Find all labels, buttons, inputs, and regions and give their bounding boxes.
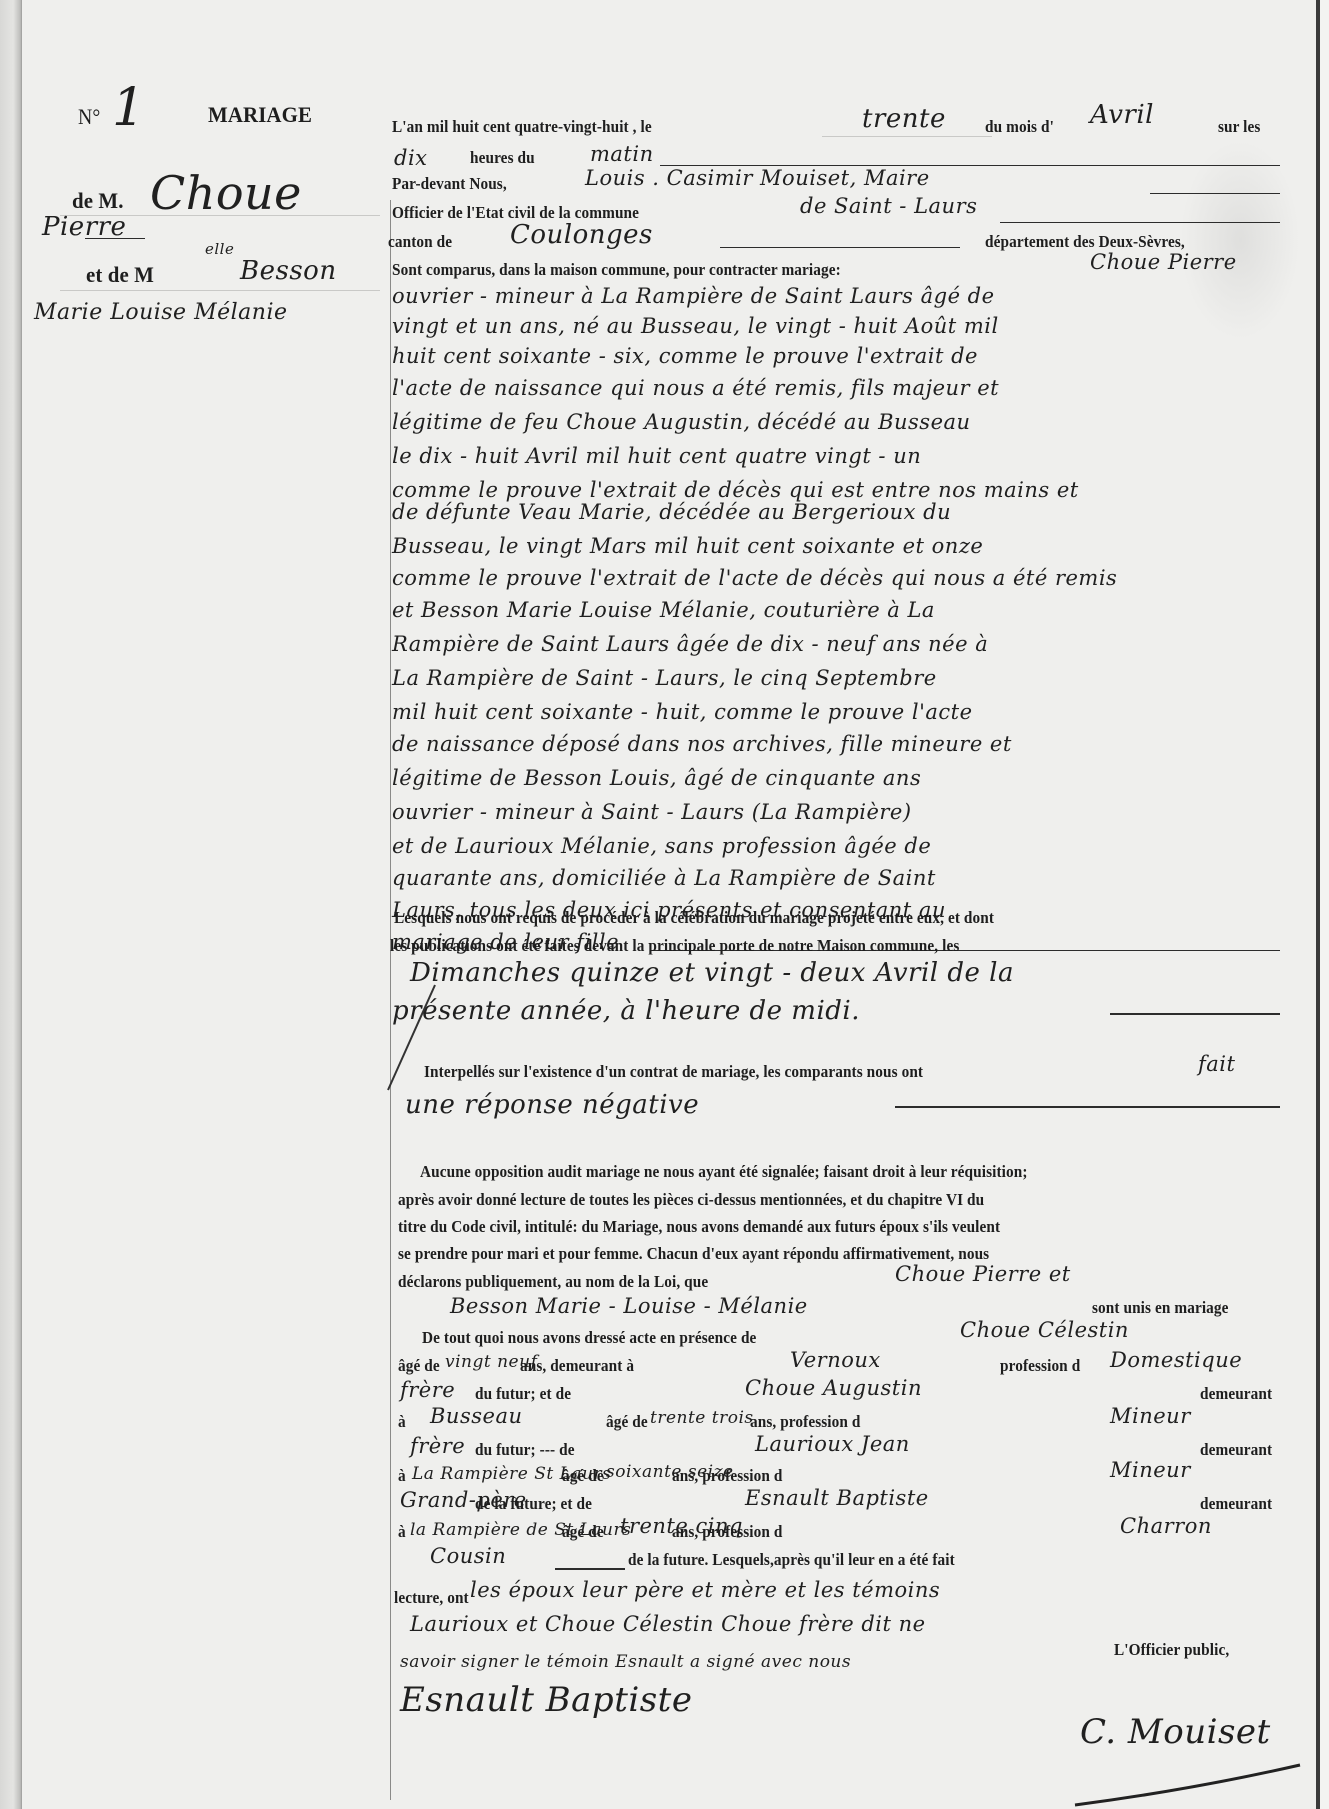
body-line: comme le prouve l'extrait de l'acte de d… — [392, 566, 1117, 590]
closing-line: les époux leur père et mère et les témoi… — [470, 1578, 940, 1602]
officer-name-handwritten: Louis . Casimir Mouiset, Maire — [585, 166, 930, 190]
body-line: Busseau, le vingt Mars mil huit cent soi… — [392, 534, 983, 558]
witness-3-profession: Mineur — [1110, 1458, 1191, 1482]
margin-line — [85, 238, 145, 239]
body-line: mil huit cent soixante - huit, comme le … — [392, 700, 973, 724]
body-line: le dix - huit Avril mil huit cent quatre… — [392, 444, 921, 468]
publications-printed-2: les publications ont été faites devant l… — [390, 936, 959, 956]
fill-line — [895, 1106, 1280, 1108]
page-binding-edge — [0, 0, 22, 1809]
age-label: âgé de — [398, 1356, 440, 1376]
age-label: âgé de — [562, 1522, 604, 1542]
witness-1-profession: Domestique — [1110, 1348, 1242, 1372]
declaration-line: se prendre pour mari et pour femme. Chac… — [398, 1244, 989, 1264]
closing-line: Laurioux et Choue Célestin Choue frère d… — [410, 1612, 926, 1636]
residence-label: ans, demeurant à — [520, 1356, 634, 1376]
relation-suffix: du futur; et de — [475, 1384, 571, 1404]
register-page: N° 1 MARIAGE de M. Choue Pierre et de M … — [0, 0, 1329, 1809]
bride-prefix: et de M — [86, 262, 154, 288]
body-line: huit cent soixante - six, comme le prouv… — [392, 344, 978, 368]
commune-handwritten: de Saint - Laurs — [800, 194, 977, 218]
witness-1-relation: frère — [400, 1378, 455, 1402]
fill-line — [720, 247, 960, 248]
intro-printed: Sont comparus, dans la maison commune, p… — [392, 260, 841, 280]
body-line: et de Laurioux Mélanie, sans profession … — [392, 834, 931, 858]
page-right-margin — [1320, 0, 1329, 1809]
bride-surname: Besson — [240, 256, 337, 286]
demeurant-label: demeurant — [1200, 1384, 1272, 1404]
witness-signature: Esnault Baptiste — [400, 1680, 692, 1720]
publications-printed-1: Lesquels nous ont requis de procéder à l… — [394, 908, 994, 928]
witness-2-residence: Busseau — [430, 1404, 522, 1428]
witness-2-name: Choue Augustin — [745, 1376, 922, 1400]
fill-line — [1110, 1013, 1280, 1015]
officer-label: L'Officier public, — [1114, 1640, 1229, 1660]
publications-time: présente année, à l'heure de midi. — [392, 996, 860, 1026]
age-label: âgé de — [562, 1466, 604, 1486]
act-number-value: 1 — [112, 78, 146, 138]
body-line: ouvrier - mineur à La Rampière de Saint … — [392, 284, 995, 308]
body-line: l'acte de naissance qui nous a été remis… — [392, 376, 999, 400]
intro-printed: département des Deux-Sèvres, — [985, 232, 1185, 252]
a-label: à — [398, 1522, 406, 1542]
act-number-label: N° — [78, 104, 100, 130]
witness-2-age: trente trois — [650, 1408, 754, 1428]
bride-prefix-superscript: elle — [205, 240, 234, 258]
groom-prefix: de M. — [72, 188, 124, 214]
body-line: ouvrier - mineur à Saint - Laurs (La Ram… — [392, 800, 912, 824]
a-label: à — [398, 1466, 406, 1486]
declaration-line: après avoir donné lecture de toutes les … — [398, 1190, 984, 1210]
contract-handwritten-a: fait — [1198, 1052, 1235, 1076]
witness-2-profession: Mineur — [1110, 1404, 1191, 1428]
body-line: de naissance déposé dans nos archives, f… — [392, 732, 1012, 756]
intro-printed: heures du — [470, 148, 535, 168]
spouse-1: Choue Pierre et — [895, 1262, 1071, 1286]
officer-signature: C. Mouiset — [1080, 1712, 1271, 1752]
demeurant-label: demeurant — [1200, 1494, 1272, 1514]
witness-4-name: Esnault Baptiste — [745, 1486, 929, 1510]
body-line: de défunte Veau Marie, décédée au Berger… — [392, 500, 951, 524]
body-line: Rampière de Saint Laurs âgée de dix - ne… — [392, 632, 988, 656]
declaration-line: Aucune opposition audit mariage ne nous … — [420, 1162, 1028, 1182]
body-line: La Rampière de Saint - Laurs, le cinq Se… — [392, 666, 937, 690]
body-line: quarante ans, domiciliée à La Rampière d… — [392, 866, 936, 890]
declaration-line: déclarons publiquement, au nom de la Loi… — [398, 1272, 708, 1292]
witness-1-residence: Vernoux — [790, 1348, 881, 1372]
profession-label: profession d — [1000, 1356, 1080, 1376]
witness-4-relation: Cousin — [430, 1544, 506, 1568]
demeurant-label: demeurant — [1200, 1440, 1272, 1460]
intro-printed: du mois d' — [985, 117, 1054, 137]
signature-flourish — [1070, 1760, 1310, 1809]
united-in-marriage: sont unis en mariage — [1092, 1298, 1229, 1318]
a-label: à — [398, 1412, 406, 1432]
closing-printed: lecture, ont — [394, 1588, 469, 1608]
body-line: légitime de feu Choue Augustin, décédé a… — [392, 410, 971, 434]
body-line: légitime de Besson Louis, âgé de cinquan… — [392, 766, 921, 790]
witness-2-relation: frère — [410, 1434, 465, 1458]
closing-line: savoir signer le témoin Esnault a signé … — [400, 1652, 851, 1672]
fill-line — [822, 136, 992, 137]
contract-printed: Interpellés sur l'existence d'un contrat… — [424, 1062, 923, 1082]
relation-suffix: du futur; --- de — [475, 1440, 575, 1460]
groom-name-inline: Choue Pierre — [1090, 250, 1237, 274]
spouse-2: Besson Marie - Louise - Mélanie — [450, 1294, 808, 1318]
witness-4-profession: Charron — [1120, 1514, 1212, 1538]
month-handwritten: Avril — [1090, 100, 1154, 130]
body-line: vingt et un ans, né au Busseau, le vingt… — [392, 314, 999, 338]
fill-line — [1150, 193, 1280, 194]
witness-1-name: Choue Célestin — [960, 1318, 1129, 1342]
faded-stamp — [1180, 140, 1300, 340]
day-handwritten: trente — [862, 104, 946, 134]
period-handwritten: matin — [590, 142, 654, 166]
declaration-line: titre du Code civil, intitulé: du Mariag… — [398, 1217, 1000, 1237]
intro-printed: L'an mil huit cent quatre-vingt-huit , l… — [392, 117, 652, 137]
fill-line — [1000, 222, 1280, 223]
relation-suffix: de la future; et de — [475, 1494, 592, 1514]
groom-surname: Choue — [150, 166, 302, 220]
profession-label: ans, profession d — [672, 1522, 783, 1542]
bride-given-names: Marie Louise Mélanie — [34, 300, 288, 325]
body-line: et Besson Marie Louise Mélanie, couturiè… — [392, 598, 935, 622]
publications-dates: Dimanches quinze et vingt - deux Avril d… — [410, 958, 1014, 988]
canton-handwritten: Coulonges — [510, 220, 653, 250]
act-type-heading: MARIAGE — [208, 102, 312, 128]
hour-handwritten: dix — [394, 146, 428, 170]
witnesses-intro: De tout quoi nous avons dressé acte en p… — [422, 1328, 756, 1348]
contract-handwritten-b: une réponse négative — [405, 1090, 699, 1120]
relation-suffix: de la future. Lesquels,après qu'il leur … — [628, 1550, 955, 1570]
witness-3-name: Laurioux Jean — [755, 1432, 910, 1456]
intro-printed: sur les — [1218, 117, 1260, 137]
profession-label: ans, profession d — [672, 1466, 783, 1486]
intro-printed: Par-devant Nous, — [392, 174, 507, 194]
diagonal-pen-stroke — [380, 980, 440, 1100]
intro-printed: canton de — [388, 232, 452, 252]
profession-label: ans, profession d — [750, 1412, 861, 1432]
margin-line — [60, 290, 380, 291]
fill-line — [555, 1568, 625, 1570]
age-label: âgé de — [606, 1412, 648, 1432]
body-line: comme le prouve l'extrait de décès qui e… — [392, 478, 1079, 502]
